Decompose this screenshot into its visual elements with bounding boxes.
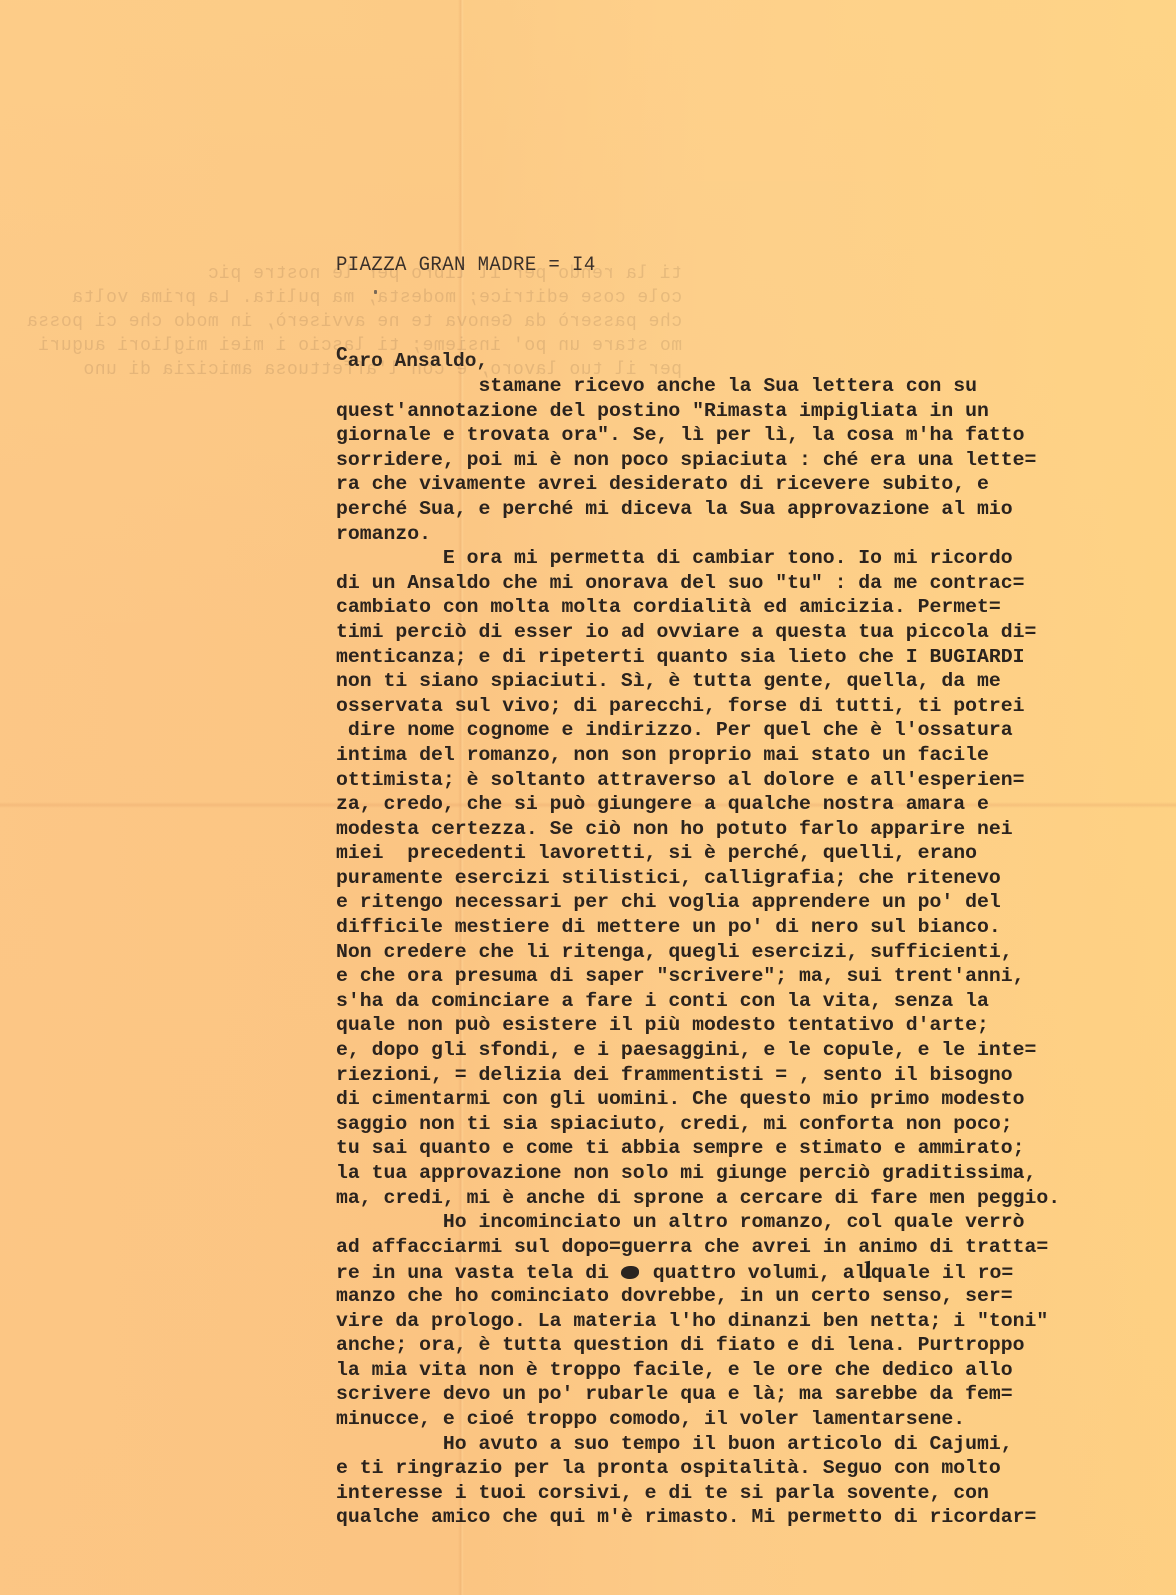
letter-line: modesta certezza. Se ciò non ho potuto f… [336,817,1136,842]
letter-line: Ho incominciato un altro romanzo, col qu… [336,1210,1136,1235]
letter-line: menticanza; e di ripeterti quanto sia li… [336,645,1136,670]
letter-line: non ti siano spiaciuti. Sì, è tutta gent… [336,669,1136,694]
letter-line: sorridere, poi mi è non poco spiaciuta :… [336,448,1136,473]
letter-line: miei precedenti lavoretti, si è perché, … [336,841,1136,866]
letter-line: e che ora presuma di saper "scrivere"; m… [336,964,1136,989]
letter-line: quest'annotazione del postino "Rimasta i… [336,399,1136,424]
letter-line: E ora mi permetta di cambiar tono. Io mi… [336,546,1136,571]
letter-line: saggio non ti sia spiaciuto, credi, mi c… [336,1112,1136,1137]
letter-line: difficile mestiere di mettere un po' di … [336,915,1136,940]
letter-line: ra che vivamente avrei desiderato di ric… [336,472,1136,497]
salutation-text: aro Ansaldo, [348,350,488,372]
letter-line: za, credo, che si può giungere a qualche… [336,792,1136,817]
stray-ink-dot [374,290,377,294]
letter-line: ad affacciarmi sul dopo=guerra che avrei… [336,1235,1136,1260]
show-through-line: che passerò da Genova te ne avviserò, in… [22,310,682,334]
letter-line: ma, credi, mi è anche di sprone a cercar… [336,1186,1136,1211]
letter-line: Ho avuto a suo tempo il buon articolo di… [336,1432,1136,1457]
letter-line: e ti ringrazio per la pronta ospitalità.… [336,1456,1136,1481]
letter-line: di cimentarmi con gli uomini. Che questo… [336,1087,1136,1112]
letter-line: e, dopo gli sfondi, e i paesaggini, e le… [336,1038,1136,1063]
letter-line: Non credere che li ritenga, quegli eserc… [336,940,1136,965]
letter-line: re in una vasta tela di quattro volumi, … [336,1259,1136,1284]
letter-line: anche; ora, è tutta question di fiato e … [336,1333,1136,1358]
letter-line: quale non può esistere il più modesto te… [336,1013,1136,1038]
address-line: PIAZZA GRAN MADRE = I4 [336,253,596,276]
ink-blot-mark [621,1266,639,1279]
letter-line: manzo che ho cominciato dovrebbe, in un … [336,1284,1136,1309]
letter-line: s'ha da cominciare a fare i conti con la… [336,989,1136,1014]
letter-line: ottimista; è soltanto attraverso al dolo… [336,768,1136,793]
letter-line: perché Sua, e perché mi diceva la Sua ap… [336,497,1136,522]
letter-line: la mia vita non è troppo facile, e le or… [336,1358,1136,1383]
letter-line: scrivere devo un po' rubarle qua e là; m… [336,1382,1136,1407]
letter-line: stamane ricevo anche la Sua lettera con … [336,374,1136,399]
letter-line: di un Ansaldo che mi onorava del suo "tu… [336,571,1136,596]
salutation: Caro Ansaldo, [336,350,488,372]
letter-line: tu sai quanto e come ti abbia sempre e s… [336,1136,1136,1161]
letter-line: vire da prologo. La materia l'ho dinanzi… [336,1309,1136,1334]
letter-line: qualche amico che qui m'è rimasto. Mi pe… [336,1505,1136,1530]
letter-line: puramente esercizi stilistici, calligraf… [336,866,1136,891]
letter-line: la tua approvazione non solo mi giunge p… [336,1161,1136,1186]
letter-line: e ritengo necessari per chi voglia appre… [336,890,1136,915]
letter-line: minucce, e cioé troppo comodo, il voler … [336,1407,1136,1432]
letter-line: riezioni, = delizia dei frammentisti = ,… [336,1063,1136,1088]
salutation-initial: C [336,344,348,366]
handwritten-correction: l [862,1259,875,1285]
letter-line: interesse i tuoi corsivi, e di te si par… [336,1481,1136,1506]
letter-line: romanzo. [336,522,1136,547]
letter-line: osservata sul vivo; di parecchi, forse d… [336,694,1136,719]
letter-line: cambiato con molta molta cordialità ed a… [336,595,1136,620]
letter-body: stamane ricevo anche la Sua lettera con … [336,374,1136,1530]
show-through-line: cole cose editrice; modesta, ma pulita. … [22,286,682,310]
letter-line: intima del romanzo, non son proprio mai … [336,743,1136,768]
letter-line: giornale e trovata ora". Se, lì per lì, … [336,423,1136,448]
letter-line: dire nome cognome e indirizzo. Per quel … [336,718,1136,743]
letter-line: timi perciò di esser io ad ovviare a que… [336,620,1136,645]
